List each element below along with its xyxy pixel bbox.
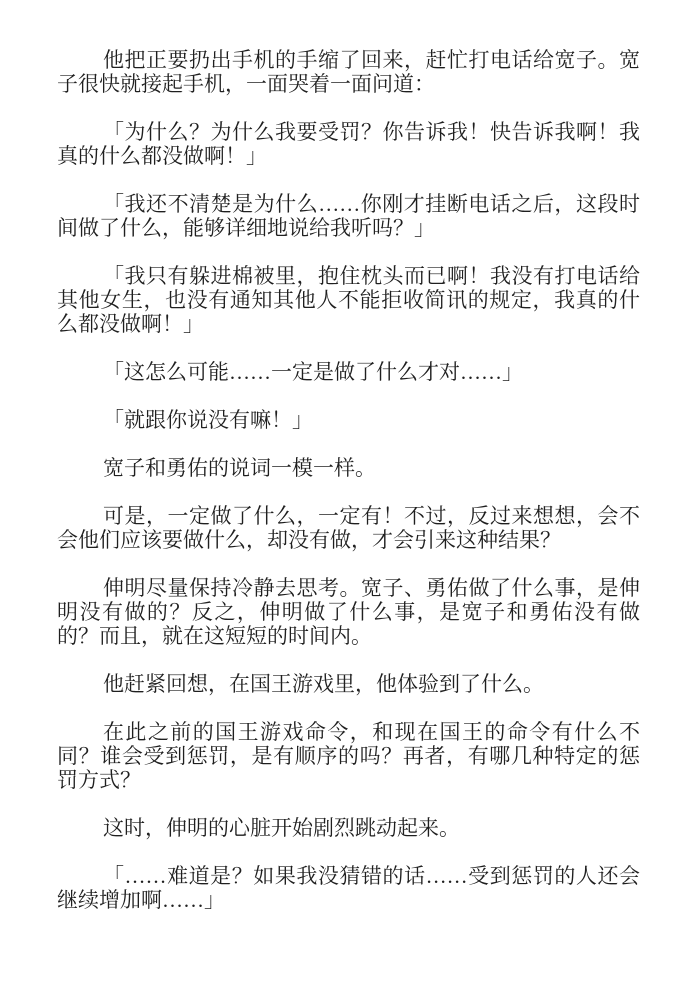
paragraph: 「我只有躲进棉被里，抱住枕头而已啊！我没有打电话给其他女生，也没有通知其他人不能… bbox=[57, 264, 640, 336]
paragraph: 伸明尽量保持冷静去思考。宽子、勇佑做了什么事，是伸明没有做的？反之，伸明做了什么… bbox=[57, 576, 640, 648]
paragraph: 「这怎么可能……一定是做了什么才对……」 bbox=[57, 360, 640, 384]
paragraph: 「我还不清楚是为什么……你刚才挂断电话之后，这段时间做了什么，能够详细地说给我听… bbox=[57, 192, 640, 240]
paragraph: 这时，伸明的心脏开始剧烈跳动起来。 bbox=[57, 816, 640, 840]
paragraph: 他把正要扔出手机的手缩了回来，赶忙打电话给宽子。宽子很快就接起手机，一面哭着一面… bbox=[57, 48, 640, 96]
paragraph: 可是，一定做了什么，一定有！不过，反过来想想，会不会他们应该要做什么，却没有做，… bbox=[57, 504, 640, 552]
paragraph: 「就跟你说没有嘛！」 bbox=[57, 408, 640, 432]
paragraph: 他赶紧回想，在国王游戏里，他体验到了什么。 bbox=[57, 672, 640, 696]
paragraph: 「为什么？为什么我要受罚？你告诉我！快告诉我啊！我真的什么都没做啊！」 bbox=[57, 120, 640, 168]
paragraph: 在此之前的国王游戏命令，和现在国王的命令有什么不同？谁会受到惩罚，是有顺序的吗？… bbox=[57, 720, 640, 792]
paragraph: 「……难道是？如果我没猜错的话……受到惩罚的人还会继续增加啊……」 bbox=[57, 864, 640, 912]
document-page: 他把正要扔出手机的手缩了回来，赶忙打电话给宽子。宽子很快就接起手机，一面哭着一面… bbox=[0, 0, 700, 992]
page-text: 他把正要扔出手机的手缩了回来，赶忙打电话给宽子。宽子很快就接起手机，一面哭着一面… bbox=[57, 48, 640, 912]
paragraph: 宽子和勇佑的说词一模一样。 bbox=[57, 456, 640, 480]
